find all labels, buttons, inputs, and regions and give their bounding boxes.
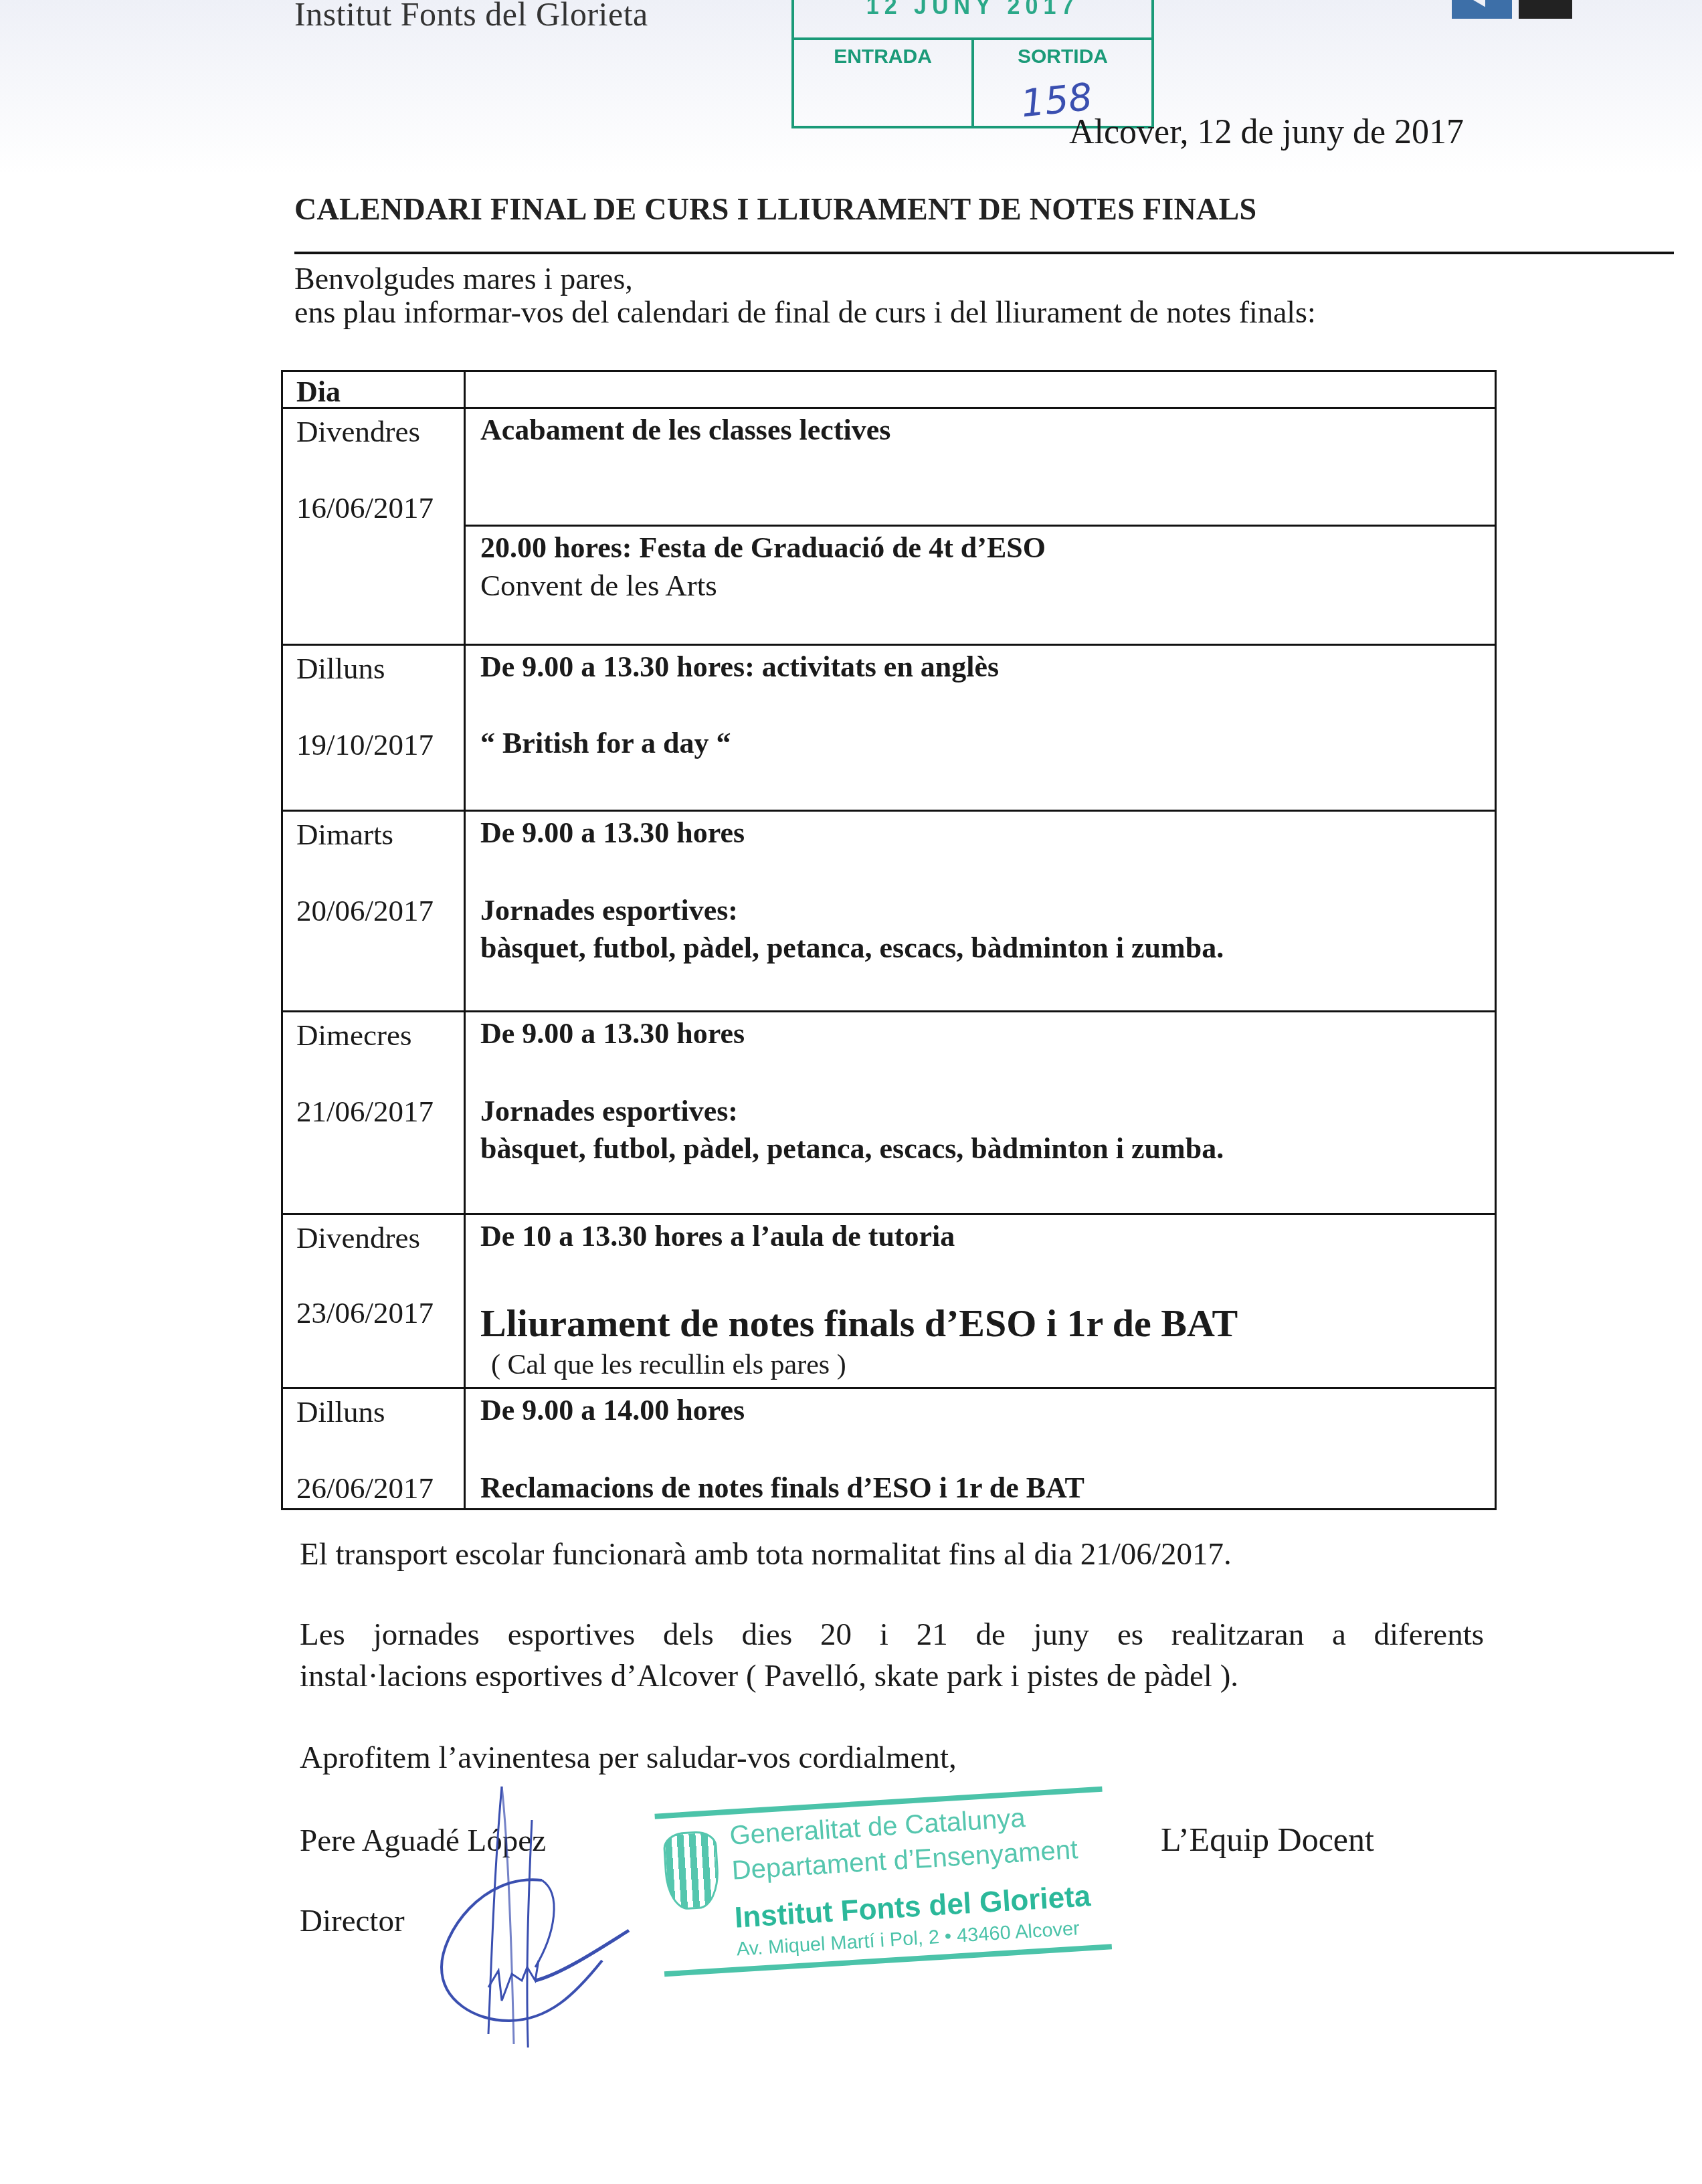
day-date: 23/06/2017 bbox=[296, 1295, 434, 1330]
day-cell: Dilluns 26/06/2017 bbox=[282, 1388, 465, 1510]
day-date: 19/10/2017 bbox=[296, 727, 434, 762]
event-cell: De 9.00 a 13.30 hores Jornades esportive… bbox=[465, 811, 1496, 1012]
event-cell: De 9.00 a 14.00 hores Reclamacions de no… bbox=[465, 1388, 1496, 1510]
place-and-date: Alcover, 12 de juny de 2017 bbox=[1069, 112, 1464, 152]
day-name: Dilluns bbox=[296, 651, 385, 686]
registry-entry-cell: ENTRADA bbox=[794, 40, 971, 126]
table-header-row: Dia bbox=[282, 371, 1496, 408]
event-cell: De 9.00 a 13.30 hores Jornades esportive… bbox=[465, 1012, 1496, 1214]
day-name: Divendres bbox=[296, 1220, 420, 1255]
teaching-team-signoff: L’Equip Docent bbox=[1161, 1820, 1374, 1859]
event-line: 20.00 hores: Festa de Graduació de 4t d’… bbox=[480, 531, 1046, 565]
day-cell: Divendres 23/06/2017 bbox=[282, 1214, 465, 1388]
closing-line: Aprofitem l’avinentesa per saludar-vos c… bbox=[300, 1740, 957, 1776]
event-line: Reclamacions de notes finals d’ESO i 1r … bbox=[480, 1471, 1084, 1505]
table-row: Dilluns 19/10/2017 De 9.00 a 13.30 hores… bbox=[282, 645, 1496, 811]
day-date: 16/06/2017 bbox=[296, 490, 434, 525]
event-note: ( Cal que les recullin els pares ) bbox=[491, 1349, 846, 1381]
document-title: CALENDARI FINAL DE CURS I LLIURAMENT DE … bbox=[294, 191, 1256, 227]
day-date: 21/06/2017 bbox=[296, 1094, 434, 1129]
table-row: Dimarts 20/06/2017 De 9.00 a 13.30 hores… bbox=[282, 811, 1496, 1012]
day-cell: Divendres 16/06/2017 bbox=[282, 408, 465, 645]
handwritten-signature-icon bbox=[401, 1780, 669, 2047]
day-cell: Dimarts 20/06/2017 bbox=[282, 811, 465, 1012]
header-cell-day: Dia bbox=[282, 371, 465, 408]
registry-entry-label: ENTRADA bbox=[794, 45, 971, 68]
day-name: Divendres bbox=[296, 414, 420, 449]
event-line: De 9.00 a 14.00 hores bbox=[480, 1393, 745, 1427]
greeting-line-2: ens plau informar-vos del calendari de f… bbox=[294, 294, 1316, 330]
day-name: Dilluns bbox=[296, 1394, 385, 1429]
school-logo bbox=[1452, 0, 1572, 19]
day-name: Dimecres bbox=[296, 1018, 411, 1053]
greeting-line-1: Benvolgudes mares i pares, bbox=[294, 261, 633, 296]
sports-note-line-1: Les jornades esportives dels dies 20 i 2… bbox=[300, 1617, 1484, 1653]
logo-blue-bar-icon bbox=[1485, 0, 1512, 19]
event-cell: De 10 a 13.30 hores a l’aula de tutoria … bbox=[465, 1214, 1496, 1388]
table-row: Dilluns 26/06/2017 De 9.00 a 14.00 hores… bbox=[282, 1388, 1496, 1510]
event-cell: 20.00 hores: Festa de Graduació de 4t d’… bbox=[465, 526, 1496, 645]
event-cell: De 9.00 a 13.30 hores: activitats en ang… bbox=[465, 645, 1496, 811]
table-row-sub: 20.00 hores: Festa de Graduació de 4t d’… bbox=[282, 526, 1496, 645]
director-role: Director bbox=[300, 1903, 405, 1939]
event-line: De 9.00 a 13.30 hores bbox=[480, 1016, 745, 1051]
event-line: De 9.00 a 13.30 hores: activitats en ang… bbox=[480, 650, 999, 684]
event-cell: Acabament de les classes lectives bbox=[465, 408, 1496, 526]
registry-stamp: 12 JUNY 2017 ENTRADA SORTIDA 158 bbox=[791, 0, 1154, 128]
calendar-table: Dia Divendres 16/06/2017 Acabament de le… bbox=[281, 370, 1497, 1510]
header-cell-event bbox=[465, 371, 1496, 408]
catalonia-coat-of-arms-icon bbox=[662, 1830, 721, 1911]
event-highlight: Lliurament de notes finals d’ESO i 1r de… bbox=[480, 1301, 1238, 1346]
header-day-label: Dia bbox=[283, 372, 464, 407]
sports-note-line-2: instal·lacions esportives d’Alcover ( Pa… bbox=[300, 1658, 1238, 1694]
table-row: Divendres 23/06/2017 De 10 a 13.30 hores… bbox=[282, 1214, 1496, 1388]
school-name-header: Institut Fonts del Glorieta bbox=[294, 0, 648, 33]
event-line: De 10 a 13.30 hores a l’aula de tutoria bbox=[480, 1219, 955, 1253]
event-line: Jornades esportives: bbox=[480, 1094, 738, 1128]
day-name: Dimarts bbox=[296, 817, 393, 852]
event-line: bàsquet, futbol, pàdel, petanca, escacs,… bbox=[480, 1131, 1224, 1166]
transport-note: El transport escolar funcionarà amb tota… bbox=[300, 1536, 1232, 1572]
table-row: Dimecres 21/06/2017 De 9.00 a 13.30 hore… bbox=[282, 1012, 1496, 1214]
day-cell: Dimecres 21/06/2017 bbox=[282, 1012, 465, 1214]
official-stamp: Generalitat de Catalunya Departament d’E… bbox=[654, 1772, 1113, 1986]
event-line: “ British for a day “ bbox=[480, 726, 731, 760]
event-line: De 9.00 a 13.30 hores bbox=[480, 816, 745, 850]
registry-exit-label: SORTIDA bbox=[974, 45, 1151, 68]
logo-dark-block-icon bbox=[1519, 0, 1572, 19]
registry-stamp-date: 12 JUNY 2017 bbox=[794, 0, 1151, 21]
title-rule bbox=[294, 252, 1674, 254]
day-date: 20/06/2017 bbox=[296, 893, 434, 928]
event-location: Convent de les Arts bbox=[480, 568, 717, 603]
day-cell: Dilluns 19/10/2017 bbox=[282, 645, 465, 811]
day-date: 26/06/2017 bbox=[296, 1471, 434, 1506]
event-line: bàsquet, futbol, pàdel, petanca, escacs,… bbox=[480, 931, 1224, 965]
event-line: Jornades esportives: bbox=[480, 893, 738, 927]
event-line: Acabament de les classes lectives bbox=[480, 413, 890, 447]
table-row: Divendres 16/06/2017 Acabament de les cl… bbox=[282, 408, 1496, 526]
